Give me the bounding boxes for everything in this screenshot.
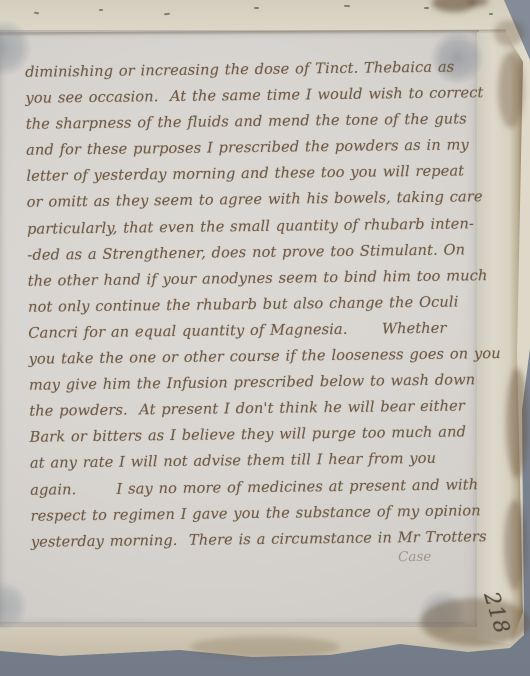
scorch-stain	[190, 636, 340, 658]
scorch-stain	[498, 52, 524, 128]
scorch-stain	[504, 500, 526, 590]
scorch-stain	[494, 20, 524, 46]
photo-backdrop: diminishing or increasing the dose of Ti…	[0, 0, 530, 676]
catchword: Case	[398, 549, 432, 566]
ink-speck	[424, 7, 429, 9]
letter-body: diminishing or increasing the dose of Ti…	[25, 54, 483, 555]
ink-speck	[489, 13, 493, 15]
scorch-stain	[506, 368, 528, 478]
ink-speck	[254, 7, 259, 9]
fold-crease-bottom	[0, 622, 465, 625]
ink-speck	[99, 9, 103, 11]
ink-speck	[344, 5, 350, 8]
